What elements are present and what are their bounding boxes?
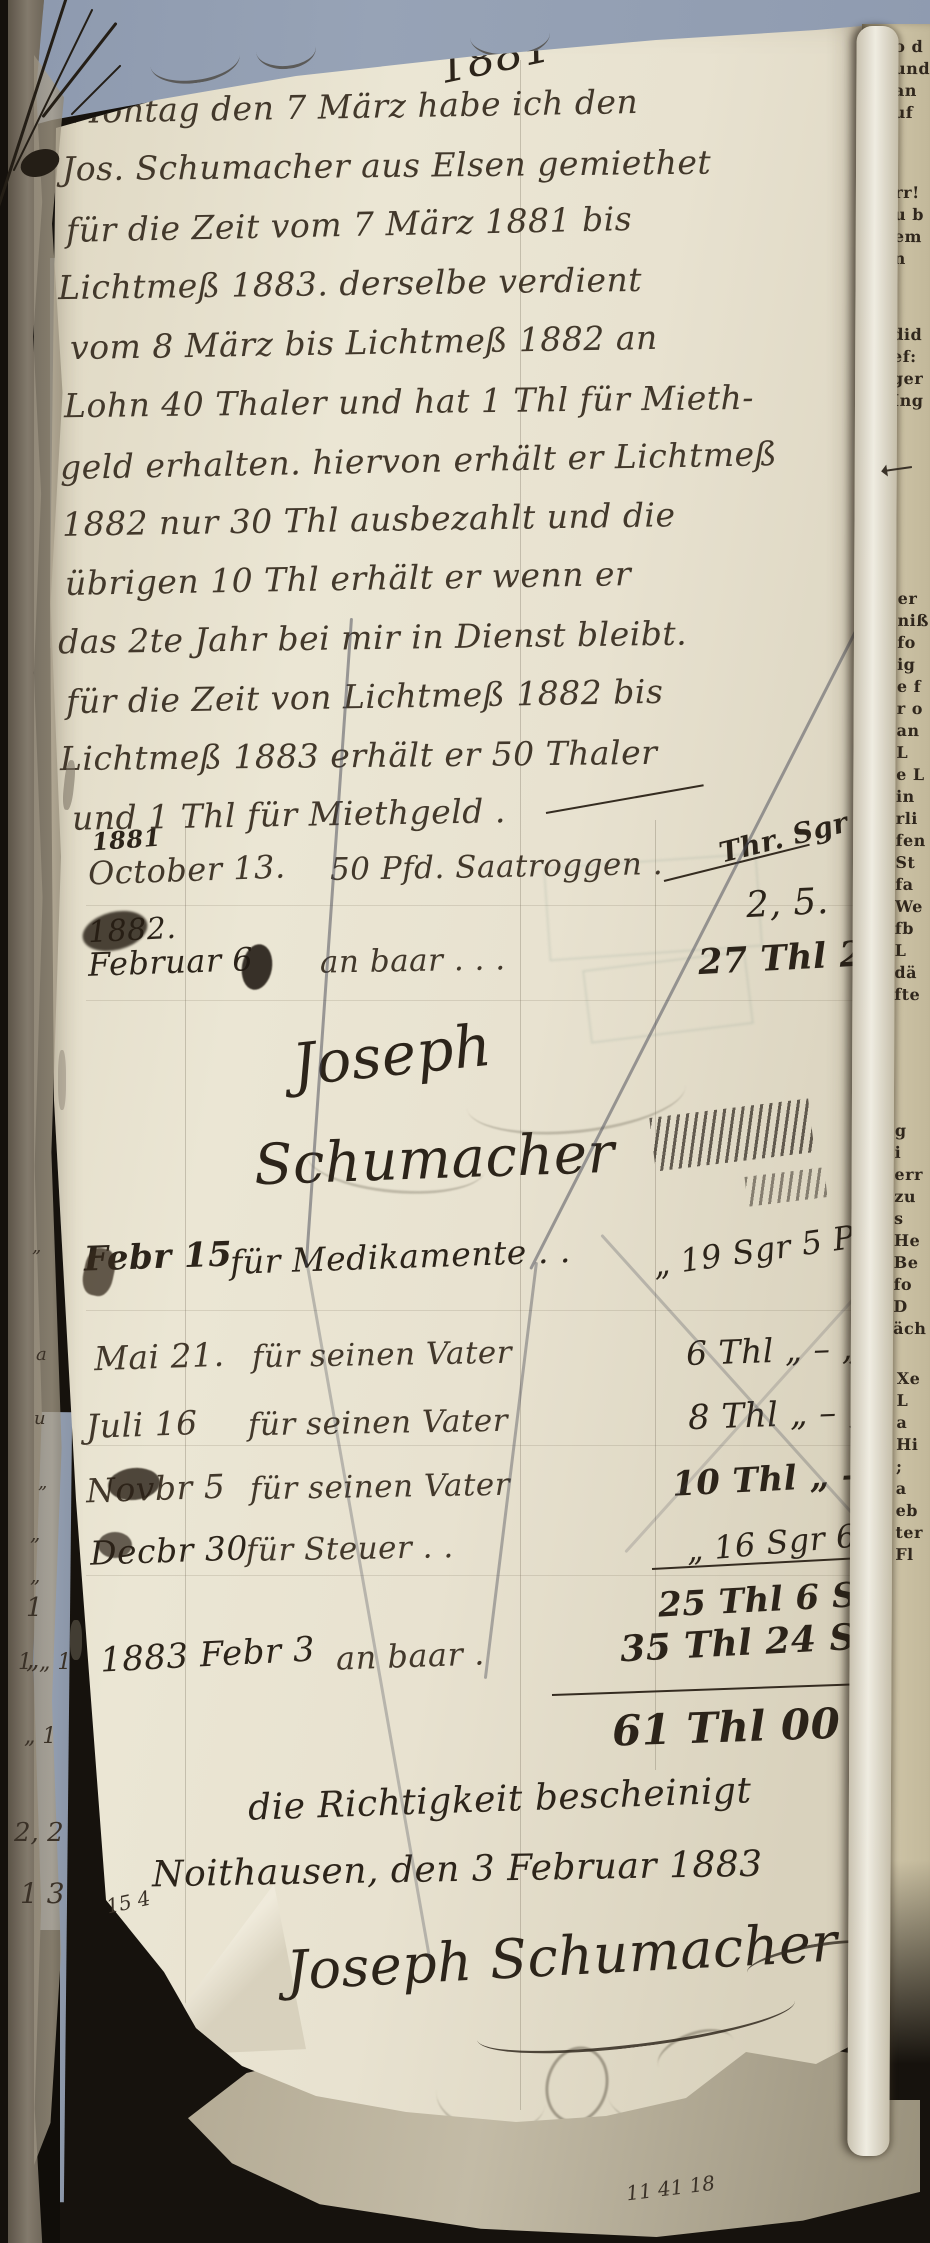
expense-desc: für seinen Vater — [250, 1470, 511, 1506]
newspaper-fragment: er niß fo ig e f r o an L e L in rli fen… — [894, 588, 929, 1006]
ledger-guide-line — [86, 1445, 876, 1446]
margin-mark: a — [36, 1346, 47, 1364]
ink-blot — [98, 1532, 132, 1558]
manuscript-paper: 1881 Montag den 7 März habe ich den Jos.… — [46, 0, 862, 2243]
scanned-ledger-page: o d und an uf rr! u b em n did ef: ger I… — [0, 0, 930, 2243]
margin-mark: „ — [32, 1238, 41, 1256]
debtor-last-name: Schumacher — [253, 1126, 615, 1195]
attestation-place-date: Noithausen, den 3 Februar 1883 — [152, 1847, 763, 1894]
margin-mark: 1 „ 1 — [18, 1652, 71, 1674]
ledger-entry-amount: 2, 5. — [745, 884, 829, 924]
flourish-stroke — [546, 784, 704, 814]
ledger-entry-desc: 50 Pfd. Saatroggen . — [330, 849, 664, 886]
page-corner-fold — [146, 1884, 306, 2056]
contract-line: 1882 nur 30 Thl ausbezahlt und die — [62, 498, 676, 541]
expense-desc: für seinen Vater — [252, 1338, 513, 1374]
signature: Joseph Schumacher — [285, 1916, 839, 1999]
contract-line: Lichtmeß 1883. derselbe verdient — [58, 263, 642, 304]
expense-desc: für seinen Vater — [248, 1406, 509, 1442]
newspaper-fragment: g i err zu s He Be fo D äch — [893, 1120, 928, 1340]
margin-mark: 1 3 — [20, 1880, 65, 1908]
ledger-entry-desc: an baar . . . — [320, 944, 506, 978]
ink-hatch-smudge — [649, 1098, 814, 1171]
sum-rule — [552, 1683, 870, 1696]
margin-mark: „ — [38, 1474, 47, 1492]
contract-line: das 2te Jahr bei mir in Dienst bleibt. — [58, 617, 688, 659]
contract-line: Jos. Schumacher aus Elsen gemiethet — [62, 146, 711, 186]
margin-mark: 2, 2 — [14, 1820, 64, 1846]
payment-date-1883: 1883 Febr 3 — [99, 1632, 316, 1677]
ledger-guide-line — [86, 1310, 876, 1311]
contract-line: für die Zeit von Lichtmeß 1882 bis — [66, 675, 664, 718]
binding-debris — [58, 1050, 66, 1110]
ledger-guide-line — [86, 1000, 876, 1001]
contract-line: Lichtmeß 1883 erhält er 50 Thaler — [60, 736, 658, 775]
contract-line: geld erhalten. hiervon erhält er Lichtme… — [60, 437, 778, 484]
newspaper-fragment: o d und an uf — [894, 36, 930, 124]
ink-hatch-smudge — [744, 1167, 827, 1207]
attestation-line: die Richtigkeit bescheinigt — [248, 1773, 752, 1827]
expense-amount: 6 Thl „ – „ — [685, 1331, 859, 1370]
contract-line: Lohn 40 Thaler und hat 1 Thl für Mieth- — [64, 381, 754, 422]
payment-desc-1883: an baar . — [335, 1637, 485, 1674]
contract-line: übrigen 10 Thl erhält er wenn er — [65, 557, 632, 600]
expense-date: Mai 21. — [93, 1338, 225, 1376]
ledger-entry-date: October 13. — [88, 851, 287, 890]
newspaper-fragment: Xe L a Hi ; a eb ter Fl — [895, 1368, 924, 1566]
expense-desc: für Steuer . . — [246, 1532, 454, 1567]
expense-amount: „ 19 Sgr 5 Pf — [651, 1219, 869, 1281]
contract-line: für die Zeit vom 7 März 1881 bis — [66, 202, 633, 247]
expense-date: Juli 16 — [85, 1406, 198, 1443]
ledger-year-label: 1881 — [91, 826, 161, 855]
ledger-guide-line — [86, 1575, 876, 1576]
binding-debris — [70, 1620, 82, 1660]
grand-total: 61 Thl 00 „ — [611, 1701, 880, 1752]
contract-line: vom 8 März bis Lichtmeß 1882 an — [70, 321, 658, 364]
newspaper-fragment: rr! u b em n — [894, 182, 925, 270]
margin-mark: „ 1 — [24, 1726, 56, 1748]
margin-mark: u — [34, 1410, 46, 1428]
